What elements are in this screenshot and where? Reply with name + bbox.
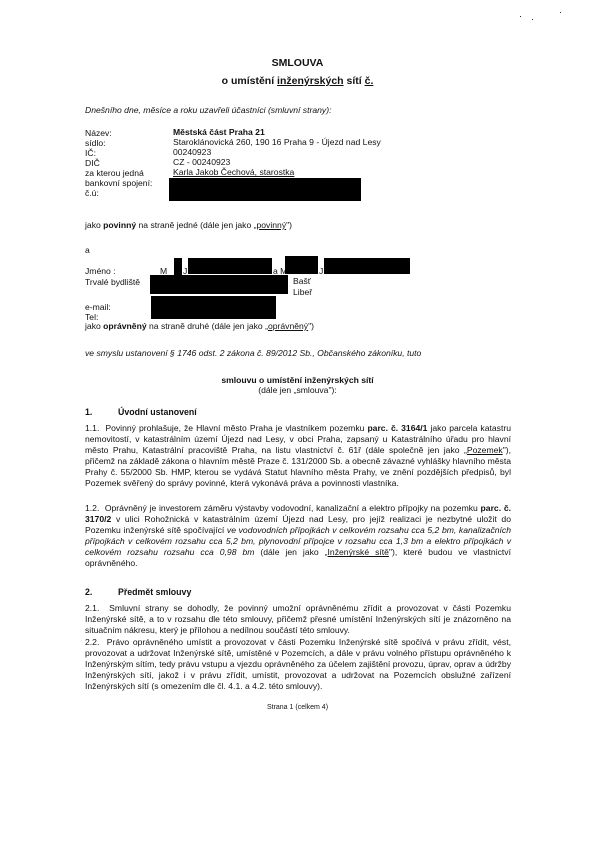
paragraph-text: Povinný prohlašuje, že Hlavní město Prah…: [105, 423, 367, 433]
contract-heading: smlouvu o umístění inženýrských sítí: [0, 375, 595, 385]
role-end: "): [286, 220, 292, 230]
redaction-name-1: [174, 258, 182, 275]
party1-label-ic: IČ:: [85, 148, 96, 158]
party2-role: jako oprávněný na straně druhé (dále jen…: [85, 321, 314, 331]
party1-label-seat: sídlo:: [85, 138, 106, 148]
party1-value-seat: Staroklánovická 260, 190 16 Praha 9 - Új…: [173, 137, 381, 147]
paragraph-number: 2.2.: [85, 637, 99, 647]
role-suffix: na straně jedné (dále jen jako „: [136, 220, 256, 230]
role-suffix: na straně druhé (dále jen jako „: [147, 321, 268, 331]
page-footer: Strana 1 (celkem 4): [0, 704, 595, 711]
role-bold: oprávněný: [103, 321, 146, 331]
party2-label-email: e-mail:: [85, 302, 111, 312]
party1-label-bank: bankovní spojení:: [85, 178, 152, 188]
section-1-heading: 1.Úvodní ustanovení: [85, 407, 197, 417]
defined-term: Inženýrské sítě: [328, 547, 389, 557]
section-2-heading: 2.Předmět smlouvy: [85, 587, 191, 597]
paragraph-number: 2.1.: [85, 603, 99, 613]
defined-term: Pozemek: [467, 445, 503, 455]
document-title: SMLOUVA: [0, 57, 595, 69]
party1-value-ic: 00240923: [173, 147, 211, 157]
subtitle-underlined: inženýrských: [277, 75, 344, 87]
party2-name-fragment-4: J: [319, 266, 323, 276]
party1-label-dic: DIČ: [85, 158, 100, 168]
role-quote: povinný: [257, 220, 287, 230]
redaction-address: [150, 275, 288, 294]
subtitle-number: č.: [365, 75, 374, 87]
subtitle-suffix: sítí: [344, 75, 365, 87]
party1-label-account: č.ú:: [85, 188, 99, 198]
redaction-name-3: [285, 256, 318, 274]
document-subtitle: o umístění inženýrských sítí č.: [0, 75, 595, 87]
scan-speck: [532, 19, 533, 20]
party1-value-name: Městská část Praha 21: [173, 127, 265, 137]
paragraph-number: 1.1.: [85, 423, 99, 433]
party1-value-representative: Karla Jakob Čechová, starostka: [173, 167, 294, 177]
paragraph-text: Smluvní strany se dohodly, že povinný um…: [85, 603, 511, 635]
contract-heading-sub: (dále jen „smlouva"):: [0, 385, 595, 395]
paragraph-2-2: 2.2. Právo oprávněného umístit a provozo…: [85, 637, 511, 692]
legal-basis: ve smyslu ustanovení § 1746 odst. 2 záko…: [85, 348, 421, 358]
paragraph-1-2: 1.2. Oprávněný je investorem záměru výst…: [85, 503, 511, 570]
role-bold: povinný: [103, 220, 136, 230]
party1-label-name: Název:: [85, 128, 112, 138]
party1-label-representative: za kterou jedná: [85, 168, 144, 178]
party2-address-fragment-2: Libeř: [293, 287, 312, 297]
role-prefix: jako: [85, 321, 103, 331]
paragraph-text: Oprávněný je investorem záměru výstavby …: [105, 503, 481, 513]
paragraph-text: Právo oprávněného umístit a provozovat v…: [85, 637, 511, 691]
parcel-number: parc. č. 3164/1: [367, 423, 427, 433]
paragraph-number: 1.2.: [85, 503, 99, 513]
role-end: "): [308, 321, 314, 331]
party2-address-fragment-1: Bašť: [293, 276, 311, 286]
role-prefix: jako: [85, 220, 103, 230]
section-number: 1.: [85, 407, 118, 417]
paragraph-2-1: 2.1. Smluvní strany se dohodly, že povin…: [85, 603, 511, 636]
party2-label-address: Trvalé bydliště: [85, 277, 140, 287]
party1-role: jako povinný na straně jedné (dále jen j…: [85, 220, 292, 230]
redaction-bank-details: [169, 178, 361, 201]
scan-speck: [560, 12, 561, 13]
section-title: Předmět smlouvy: [118, 587, 191, 597]
role-quote: oprávněný: [268, 321, 308, 331]
scan-speck: [520, 16, 521, 17]
redaction-name-2: [188, 258, 272, 274]
paragraph-text: (dále jen jako „: [254, 547, 327, 557]
subtitle-prefix: o umístění: [222, 75, 277, 87]
party2-label-name: Jméno :: [85, 266, 116, 276]
party1-value-dic: CZ - 00240923: [173, 157, 230, 167]
section-title: Úvodní ustanovení: [118, 407, 197, 417]
conjunction-and: a: [85, 245, 90, 255]
section-number: 2.: [85, 587, 118, 597]
intro-text: Dnešního dne, měsíce a roku uzavřeli úča…: [85, 105, 331, 115]
paragraph-1-1: 1.1. Povinný prohlašuje, že Hlavní město…: [85, 423, 511, 490]
redaction-contact: [151, 296, 276, 319]
redaction-name-4: [324, 258, 410, 274]
